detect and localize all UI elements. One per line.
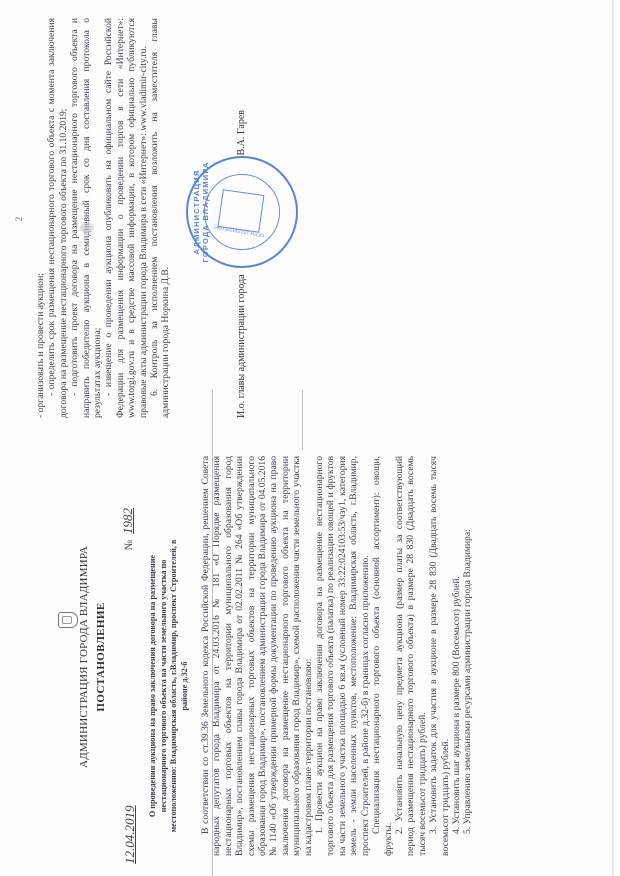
- paragraph: 1. Провести аукцион на право заключения …: [314, 456, 371, 856]
- scan-fold-line: [212, 390, 213, 876]
- number-label: №: [123, 540, 135, 551]
- official-stamp: АДМИНИСТРАЦИЯ ГОРОДА ВЛАДИМИРА ОГРН 1023…: [186, 156, 298, 268]
- page-2: 2 - организовать и провести аукцион; - о…: [0, 0, 620, 438]
- signer-name: В.А. Гарев: [236, 110, 247, 156]
- document-number: №1982: [120, 508, 136, 551]
- scan-edge: [612, 0, 614, 876]
- paragraph: 3. Установить задаток для участия в аукц…: [428, 456, 451, 856]
- document-subject: О проведении аукциона на право заключени…: [148, 536, 190, 836]
- paragraph: 6. Контроль за исполнением постановления…: [149, 18, 172, 418]
- paragraph: - организовать и провести аукцион;: [35, 18, 46, 418]
- page-number: 2: [14, 0, 24, 438]
- number-value: 1982: [120, 508, 135, 534]
- signer-position: И.о. главы администрации города: [236, 274, 247, 418]
- scanned-document: 2 - организовать и провести аукцион; - о…: [0, 0, 620, 876]
- paragraph: - извещение о проведении аукциона опубли…: [103, 18, 149, 418]
- page-1: АДМИНИСТРАЦИЯ ГОРОДА ВЛАДИМИРА ПОСТАНОВЛ…: [0, 438, 620, 876]
- document-date: 12.04.2019: [122, 806, 138, 865]
- paragraph: 2. Установить начальную цену предмета ау…: [394, 456, 428, 856]
- paragraph: 5. Управлению земельными ресурсами админ…: [462, 456, 473, 856]
- document-type: ПОСТАНОВЛЕНИЕ: [95, 438, 107, 876]
- signature-mark: [80, 223, 94, 233]
- paragraph: Специализация нестационарного торгового …: [371, 456, 394, 856]
- paragraph: 4. Установить шаг аукциона в размере 800…: [451, 456, 462, 856]
- paragraph: - определить срок размещения нестационар…: [46, 18, 69, 418]
- organization-title: АДМИНИСТРАЦИЯ ГОРОДА ВЛАДИМИРА: [78, 438, 90, 876]
- paragraph: В соответствии со ст.39.36 Земельного ко…: [200, 456, 314, 856]
- page-1-body: В соответствии со ст.39.36 Земельного ко…: [200, 456, 474, 856]
- page-2-body: - организовать и провести аукцион; - опр…: [35, 18, 172, 418]
- coat-of-arms-icon: [58, 612, 78, 628]
- scan-fold-line: [302, 390, 303, 450]
- paragraph: - подготовить проект договора на размеще…: [69, 18, 103, 418]
